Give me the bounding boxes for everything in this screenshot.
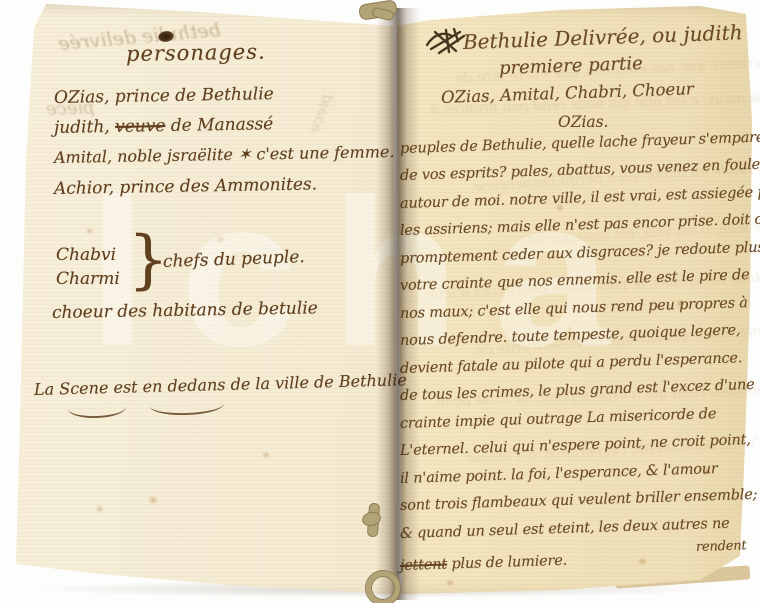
binding-thread-loop [366, 571, 400, 603]
cast-group-name: Charmi [56, 269, 120, 289]
fox-spot [86, 228, 93, 234]
fox-spot [638, 558, 647, 565]
cast-line-text: judith, [54, 117, 115, 138]
cast-line-text: de Manassé [165, 114, 273, 136]
fox-spot [216, 236, 225, 243]
cast-line: OZias, prince de Bethulie [54, 84, 274, 108]
left-page-title: personages. [126, 40, 266, 66]
manuscript-photo: bethulie delivrée piece piece votre crai… [0, 0, 760, 603]
cast-line: judith, veuve de Manassé [54, 114, 274, 138]
cast-group-name: Chabvi [56, 245, 116, 265]
speaker-name: OZias. [558, 113, 609, 131]
ink-scribble [424, 25, 468, 57]
fox-spot [446, 580, 454, 586]
fox-spot [262, 452, 270, 458]
fox-spot [96, 506, 103, 512]
struck-word: jettent [400, 557, 448, 574]
inserted-word: rendent [696, 538, 747, 555]
fox-spot [148, 496, 158, 504]
struck-word: veuve [115, 116, 166, 137]
